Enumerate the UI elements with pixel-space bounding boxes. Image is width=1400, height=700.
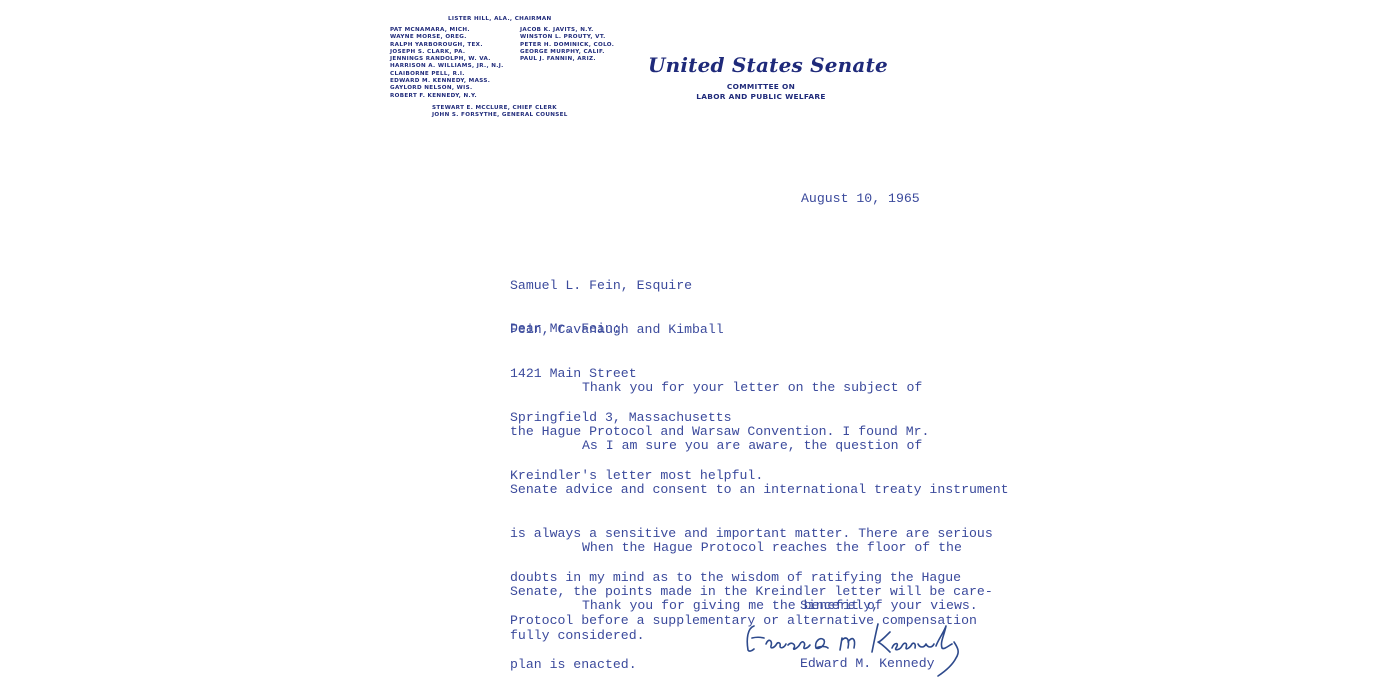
committee-name-line2: LABOR AND PUBLIC WELFARE: [648, 92, 874, 102]
committee-staff: STEWART E. MCCLURE, CHIEF CLERK JOHN S. …: [432, 105, 568, 120]
closing: Sincerely,: [800, 599, 879, 614]
signer-name: Edward M. Kennedy: [800, 657, 935, 672]
committee-name: COMMITTEE ON LABOR AND PUBLIC WELFARE: [648, 82, 874, 102]
member-name: JOSEPH S. CLARK, PA.: [390, 49, 504, 56]
member-name: CLAIBORNE PELL, R.I.: [390, 71, 504, 78]
paragraph-line: Senate advice and consent to an internat…: [510, 483, 1009, 498]
letter-date: August 10, 1965: [801, 192, 920, 207]
member-name: ROBERT F. KENNEDY, N.Y.: [390, 93, 504, 100]
paragraph-line: Thank you for your letter on the subject…: [510, 381, 929, 396]
member-name: GAYLORD NELSON, WIS.: [390, 85, 504, 92]
salutation: Dear Mr. Fein:: [510, 322, 621, 337]
member-name: WINSTON L. PROUTY, VT.: [520, 34, 614, 41]
committee-name-line1: COMMITTEE ON: [648, 82, 874, 92]
member-name: PAT MCNAMARA, MICH.: [390, 27, 504, 34]
staff-name: JOHN S. FORSYTHE, GENERAL COUNSEL: [432, 112, 568, 119]
member-name: GEORGE MURPHY, CALIF.: [520, 49, 614, 56]
letter-page: LISTER HILL, ALA., CHAIRMAN PAT MCNAMARA…: [0, 0, 1400, 700]
paragraph-line: As I am sure you are aware, the question…: [510, 439, 1009, 454]
member-name: EDWARD M. KENNEDY, MASS.: [390, 78, 504, 85]
member-name: JACOB K. JAVITS, N.Y.: [520, 27, 614, 34]
member-name: HARRISON A. WILLIAMS, JR., N.J.: [390, 63, 504, 70]
member-name: PETER H. DOMINICK, COLO.: [520, 42, 614, 49]
address-line: Samuel L. Fein, Esquire: [510, 279, 732, 294]
member-name: JENNINGS RANDOLPH, W. VA.: [390, 56, 504, 63]
paragraph-line: When the Hague Protocol reaches the floo…: [510, 541, 993, 556]
committee-chairman: LISTER HILL, ALA., CHAIRMAN: [448, 16, 552, 23]
committee-members-majority: PAT MCNAMARA, MICH. WAYNE MORSE, OREG. R…: [390, 27, 504, 100]
member-name: WAYNE MORSE, OREG.: [390, 34, 504, 41]
committee-members-minority: JACOB K. JAVITS, N.Y. WINSTON L. PROUTY,…: [520, 27, 614, 63]
member-name: RALPH YARBOROUGH, TEX.: [390, 42, 504, 49]
staff-name: STEWART E. MCCLURE, CHIEF CLERK: [432, 105, 568, 112]
letterhead-title: United States Senate: [648, 53, 874, 77]
paragraph-line: Thank you for giving me the benefit of y…: [510, 599, 978, 614]
member-name: PAUL J. FANNIN, ARIZ.: [520, 56, 614, 63]
